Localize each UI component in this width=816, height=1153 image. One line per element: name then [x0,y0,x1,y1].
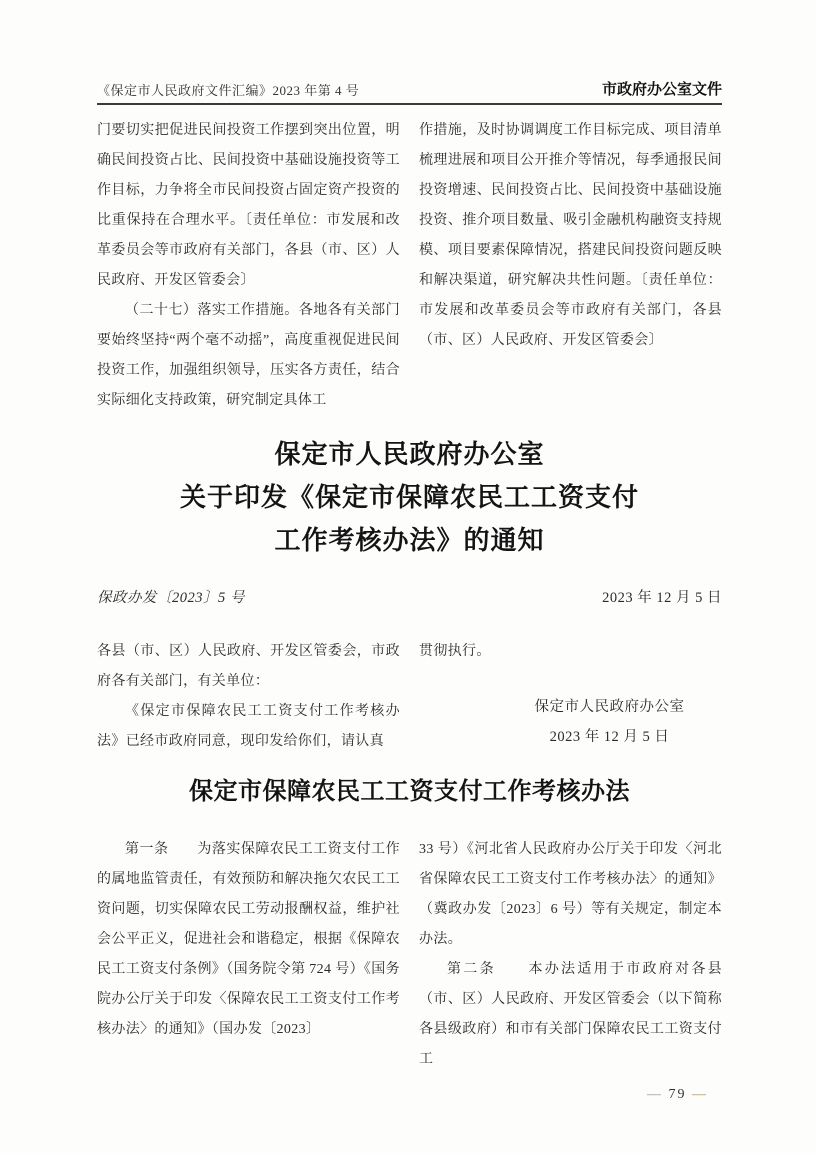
notice-title-line-3: 工作考核办法》的通知 [97,519,722,562]
page-header: 《保定市人民政府文件汇编》2023 年第 4 号 市政府办公室文件 [97,78,722,105]
measures-section: 第一条 为落实保障农民工工资支付工作的属地监管责任，有效预防和解决拖欠农民工工资… [97,835,722,1075]
footer-dash-right: — [692,1087,708,1102]
article-2-paragraph: 第二条 本办法适用于市政府对各县（市、区）人民政府、开发区管委会（以下简称各县级… [419,955,722,1075]
measures-left-column: 第一条 为落实保障农民工工资支付工作的属地监管责任，有效预防和解决拖欠农民工工资… [97,835,400,1075]
measures-right-column: 33 号）《河北省人民政府办公厅关于印发〈河北省保障农民工工资支付工作考核办法〉… [419,835,722,1075]
signature-block: 保定市人民政府办公室 2023 年 12 月 5 日 [419,692,722,752]
footer-dash-left: — [647,1087,663,1102]
addressee-line: 各县（市、区）人民政府、开发区管委会，市政府各有关部门，有关单位： [97,637,400,697]
notice-body-section: 各县（市、区）人民政府、开发区管委会，市政府各有关部门，有关单位： 《保定市保障… [97,637,722,757]
notice-title: 保定市人民政府办公室 关于印发《保定市保障农民工工资支付 工作考核办法》的通知 [97,433,722,562]
header-document-category: 市政府办公室文件 [602,78,722,99]
paragraph-continuation: 门要切实把促进民间投资工作摆到突出位置，明确民间投资占比、民间投资中基础设施投资… [97,116,400,296]
page-number: 79 [669,1087,687,1102]
paragraph-continuation: 作措施，及时协调调度工作目标完成、项目清单梳理进展和项目公开推介等情况，每季通报… [419,116,722,356]
top-right-column: 作措施，及时协调调度工作目标完成、项目清单梳理进展和项目公开推介等情况，每季通报… [419,116,722,416]
notice-body-left-column: 各县（市、区）人民政府、开发区管委会，市政府各有关部门，有关单位： 《保定市保障… [97,637,400,757]
page-footer: — 79 — [97,1087,722,1103]
doc-date: 2023 年 12 月 5 日 [602,586,722,607]
notice-title-line-1: 保定市人民政府办公室 [97,433,722,476]
signature-office: 保定市人民政府办公室 [497,692,722,722]
forwarding-paragraph: 《保定市保障农民工工资支付工作考核办法》已经市政府同意，现印发给你们，请认真 [97,697,400,757]
signature-date: 2023 年 12 月 5 日 [497,722,722,752]
notice-body-right-column: 贯彻执行。 保定市人民政府办公室 2023 年 12 月 5 日 [419,637,722,757]
top-left-column: 门要切实把促进民间投资工作摆到突出位置，明确民间投资占比、民间投资中基础设施投资… [97,116,400,416]
top-section: 门要切实把促进民间投资工作摆到突出位置，明确民间投资占比、民间投资中基础设施投资… [97,116,722,416]
doc-number-row: 保政办发〔2023〕5 号 2023 年 12 月 5 日 [97,586,722,607]
forwarding-continuation: 贯彻执行。 [419,637,722,667]
header-compilation-title: 《保定市人民政府文件汇编》2023 年第 4 号 [97,80,359,99]
paragraph-item-27: （二十七）落实工作措施。各地各有关部门要始终坚持“两个毫不动摇”，高度重视促进民… [97,296,400,416]
article-1-continuation: 33 号）《河北省人民政府办公厅关于印发〈河北省保障农民工工资支付工作考核办法〉… [419,835,722,955]
document-page: 《保定市人民政府文件汇编》2023 年第 4 号 市政府办公室文件 门要切实把促… [0,0,816,1153]
measures-title: 保定市保障农民工工资支付工作考核办法 [97,775,722,809]
article-1-paragraph: 第一条 为落实保障农民工工资支付工作的属地监管责任，有效预防和解决拖欠农民工工资… [97,835,400,1045]
doc-number: 保政办发〔2023〕5 号 [97,586,245,607]
notice-title-line-2: 关于印发《保定市保障农民工工资支付 [97,476,722,519]
